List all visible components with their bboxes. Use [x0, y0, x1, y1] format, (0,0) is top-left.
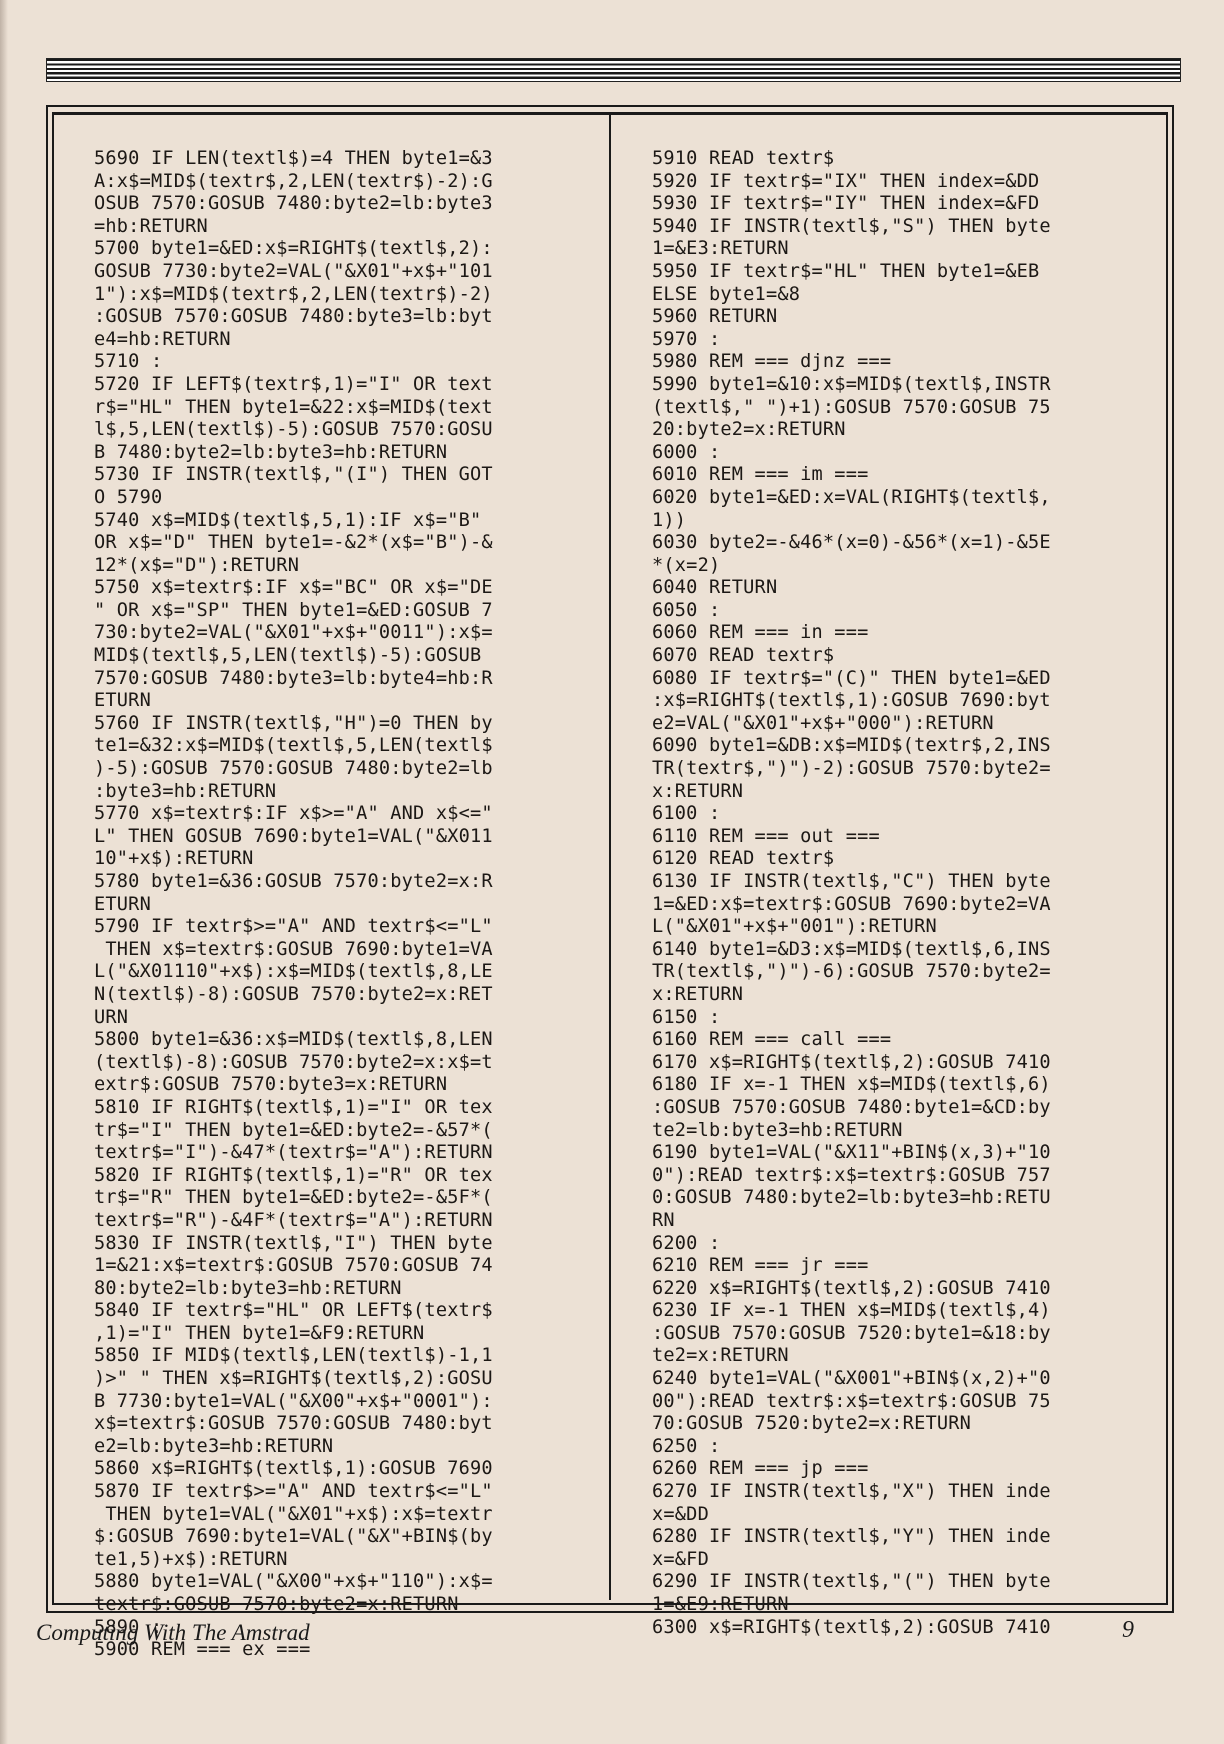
code-line: 6080 IF textr$="(C)" THEN byte1=&ED [652, 668, 1051, 691]
code-line: x:RETURN [652, 984, 1051, 1007]
code-line: 6060 REM === in === [652, 622, 1051, 645]
code-line: (textl$," ")+1):GOSUB 7570:GOSUB 75 [652, 397, 1051, 420]
code-line: 1=&ED:x$=textr$:GOSUB 7690:byte2=VA [652, 894, 1051, 917]
code-line: 5820 IF RIGHT$(textl$,1)="R" OR tex [94, 1165, 493, 1188]
code-line: 5940 IF INSTR(textl$,"S") THEN byte [652, 216, 1051, 239]
code-line: 5950 IF textr$="HL" THEN byte1=&EB [652, 261, 1051, 284]
code-line: 6070 READ textr$ [652, 645, 1051, 668]
code-line: GOSUB 7730:byte2=VAL("&X01"+x$+"101 [94, 261, 493, 284]
code-line: 5930 IF textr$="IY" THEN index=&FD [652, 193, 1051, 216]
code-line: 5800 byte1=&36:x$=MID$(textl$,8,LEN [94, 1029, 493, 1052]
code-line: *(x=2) [652, 555, 1051, 578]
code-line: L" THEN GOSUB 7690:byte1=VAL("&X011 [94, 826, 493, 849]
code-line: (textl$)-8):GOSUB 7570:byte2=x:x$=t [94, 1052, 493, 1075]
code-line: B 7480:byte2=lb:byte3=hb:RETURN [94, 442, 493, 465]
code-line: ETURN [94, 894, 493, 917]
code-line: 6190 byte1=VAL("&X11"+BIN$(x,3)+"10 [652, 1142, 1051, 1165]
code-line: 6130 IF INSTR(textl$,"C") THEN byte [652, 871, 1051, 894]
code-line: 5880 byte1=VAL("&X00"+x$+"110"):x$= [94, 1571, 493, 1594]
code-line: 6180 IF x=-1 THEN x$=MID$(textl$,6) [652, 1074, 1051, 1097]
code-line: 730:byte2=VAL("&X01"+x$+"0011"):x$= [94, 622, 493, 645]
code-line: 5810 IF RIGHT$(textl$,1)="I" OR tex [94, 1097, 493, 1120]
code-line: 6250 : [652, 1436, 1051, 1459]
code-line: 6140 byte1=&D3:x$=MID$(textl$,6,INS [652, 939, 1051, 962]
code-line: )>" " THEN x$=RIGHT$(textl$,2):GOSU [94, 1368, 493, 1391]
code-line: OSUB 7570:GOSUB 7480:byte2=lb:byte3 [94, 193, 493, 216]
code-line: ETURN [94, 690, 493, 713]
code-line: 6170 x$=RIGHT$(textl$,2):GOSUB 7410 [652, 1052, 1051, 1075]
column-divider [609, 114, 611, 1600]
code-line: 5920 IF textr$="IX" THEN index=&DD [652, 171, 1051, 194]
code-line: tr$="R" THEN byte1=&ED:byte2=-&5F*( [94, 1187, 493, 1210]
code-line: 00"):READ textr$:x$=textr$:GOSUB 75 [652, 1391, 1051, 1414]
code-line: B 7730:byte1=VAL("&X00"+x$+"0001"): [94, 1391, 493, 1414]
code-line: 6020 byte1=&ED:x=VAL(RIGHT$(textl$, [652, 487, 1051, 510]
code-line: O 5790 [94, 487, 493, 510]
code-listing-right-column: 5910 READ textr$5920 IF textr$="IX" THEN… [652, 148, 1051, 1639]
code-line: :GOSUB 7570:GOSUB 7480:byte3=lb:byt [94, 306, 493, 329]
code-line: e2=lb:byte3=hb:RETURN [94, 1436, 493, 1459]
code-line: 5730 IF INSTR(textl$,"(I") THEN GOT [94, 464, 493, 487]
code-line: x$=textr$:GOSUB 7570:GOSUB 7480:byt [94, 1413, 493, 1436]
code-line: 5910 READ textr$ [652, 148, 1051, 171]
code-line: A:x$=MID$(textr$,2,LEN(textr$)-2):G [94, 171, 493, 194]
code-line: " OR x$="SP" THEN byte1=&ED:GOSUB 7 [94, 600, 493, 623]
code-line: extr$:GOSUB 7570:byte3=x:RETURN [94, 1074, 493, 1097]
code-line: e2=VAL("&X01"+x$+"000"):RETURN [652, 713, 1051, 736]
code-line: 1=&E3:RETURN [652, 238, 1051, 261]
code-line: textr$:GOSUB 7570:byte2=x:RETURN [94, 1594, 493, 1617]
code-line: 5770 x$=textr$:IF x$>="A" AND x$<=" [94, 803, 493, 826]
code-line: te1=&32:x$=MID$(textl$,5,LEN(textl$ [94, 735, 493, 758]
code-line: 6230 IF x=-1 THEN x$=MID$(textl$,4) [652, 1300, 1051, 1323]
code-line: 6010 REM === im === [652, 464, 1051, 487]
code-line: MID$(textl$,5,LEN(textl$)-5):GOSUB [94, 645, 493, 668]
code-line: 5870 IF textr$>="A" AND textr$<="L" [94, 1481, 493, 1504]
code-line: 5720 IF LEFT$(textr$,1)="I" OR text [94, 374, 493, 397]
code-line: 80:byte2=lb:byte3=hb:RETURN [94, 1278, 493, 1301]
code-line: textr$="R")-&4F*(textr$="A"):RETURN [94, 1210, 493, 1233]
code-line: 5760 IF INSTR(textl$,"H")=0 THEN by [94, 713, 493, 736]
code-line: N(textl$)-8):GOSUB 7570:byte2=x:RET [94, 984, 493, 1007]
code-line: x:RETURN [652, 781, 1051, 804]
code-line: x=&FD [652, 1549, 1051, 1572]
code-line: 0"):READ textr$:x$=textr$:GOSUB 757 [652, 1165, 1051, 1188]
code-line: 6270 IF INSTR(textl$,"X") THEN inde [652, 1481, 1051, 1504]
code-line: 6240 byte1=VAL("&X001"+BIN$(x,2)+"0 [652, 1368, 1051, 1391]
code-line: 5990 byte1=&10:x$=MID$(textl$,INSTR [652, 374, 1051, 397]
code-line: 6260 REM === jp === [652, 1458, 1051, 1481]
code-line: 6220 x$=RIGHT$(textl$,2):GOSUB 7410 [652, 1278, 1051, 1301]
code-line: THEN x$=textr$:GOSUB 7690:byte1=VA [94, 939, 493, 962]
code-line: L("&X01110"+x$):x$=MID$(textl$,8,LE [94, 961, 493, 984]
code-line: :byte3=hb:RETURN [94, 781, 493, 804]
code-line: :x$=RIGHT$(textl$,1):GOSUB 7690:byt [652, 690, 1051, 713]
code-line: 1)) [652, 510, 1051, 533]
code-line: 1=&E9:RETURN [652, 1594, 1051, 1617]
code-line: e4=hb:RETURN [94, 329, 493, 352]
code-line: :GOSUB 7570:GOSUB 7520:byte1=&18:by [652, 1323, 1051, 1346]
code-line: 6040 RETURN [652, 577, 1051, 600]
code-line: 5840 IF textr$="HL" OR LEFT$(textr$ [94, 1300, 493, 1323]
code-line: 5740 x$=MID$(textl$,5,1):IF x$="B" [94, 510, 493, 533]
code-line: 6300 x$=RIGHT$(textl$,2):GOSUB 7410 [652, 1617, 1051, 1640]
code-line: 5850 IF MID$(textl$,LEN(textl$)-1,1 [94, 1345, 493, 1368]
code-line: 1=&21:x$=textr$:GOSUB 7570:GOSUB 74 [94, 1255, 493, 1278]
code-line: 5980 REM === djnz === [652, 351, 1051, 374]
page-number: 9 [1122, 1617, 1134, 1644]
code-line: 6150 : [652, 1007, 1051, 1030]
code-line: 6110 REM === out === [652, 826, 1051, 849]
code-line: te2=lb:byte3=hb:RETURN [652, 1120, 1051, 1143]
code-line: 6200 : [652, 1233, 1051, 1256]
code-line: 6100 : [652, 803, 1051, 826]
code-line: 10"+x$):RETURN [94, 848, 493, 871]
code-line: l$,5,LEN(textl$)-5):GOSUB 7570:GOSU [94, 419, 493, 442]
code-line: 5790 IF textr$>="A" AND textr$<="L" [94, 916, 493, 939]
code-line: 5970 : [652, 329, 1051, 352]
code-line: 5860 x$=RIGHT$(textl$,1):GOSUB 7690 [94, 1458, 493, 1481]
code-line: 6050 : [652, 600, 1051, 623]
code-line: 12*(x$="D"):RETURN [94, 555, 493, 578]
code-line: 6090 byte1=&DB:x$=MID$(textr$,2,INS [652, 735, 1051, 758]
code-line: 0:GOSUB 7480:byte2=lb:byte3=hb:RETU [652, 1187, 1051, 1210]
code-line: )-5):GOSUB 7570:GOSUB 7480:byte2=lb [94, 758, 493, 781]
page-binding-shadow [0, 0, 8, 1744]
code-line: URN [94, 1007, 493, 1030]
code-line: 5700 byte1=&ED:x$=RIGHT$(textl$,2): [94, 238, 493, 261]
code-line: 5830 IF INSTR(textl$,"I") THEN byte [94, 1233, 493, 1256]
code-line: r$="HL" THEN byte1=&22:x$=MID$(text [94, 397, 493, 420]
code-line: te2=x:RETURN [652, 1345, 1051, 1368]
code-line: textr$="I")-&47*(textr$="A"):RETURN [94, 1142, 493, 1165]
code-line: 6160 REM === call === [652, 1029, 1051, 1052]
code-line: =hb:RETURN [94, 216, 493, 239]
code-line: tr$="I" THEN byte1=&ED:byte2=-&57*( [94, 1120, 493, 1143]
code-line: L("&X01"+x$+"001"):RETURN [652, 916, 1051, 939]
code-line: 6030 byte2=-&46*(x=0)-&56*(x=1)-&5E [652, 532, 1051, 555]
code-line: x=&DD [652, 1504, 1051, 1527]
code-line: RN [652, 1210, 1051, 1233]
code-line: te1,5)+x$):RETURN [94, 1549, 493, 1572]
code-line: 5690 IF LEN(textl$)=4 THEN byte1=&3 [94, 148, 493, 171]
code-listing-left-column: 5690 IF LEN(textl$)=4 THEN byte1=&3A:x$=… [94, 148, 493, 1662]
code-line: 5750 x$=textr$:IF x$="BC" OR x$="DE [94, 577, 493, 600]
code-line: :GOSUB 7570:GOSUB 7480:byte1=&CD:by [652, 1097, 1051, 1120]
code-line: ELSE byte1=&8 [652, 284, 1051, 307]
code-line: 5710 : [94, 351, 493, 374]
code-line: 6120 READ textr$ [652, 848, 1051, 871]
code-line: THEN byte1=VAL("&X01"+x$):x$=textr [94, 1504, 493, 1527]
code-line: 7570:GOSUB 7480:byte3=lb:byte4=hb:R [94, 668, 493, 691]
publication-title: Computing With The Amstrad [36, 1620, 310, 1646]
code-line: 5780 byte1=&36:GOSUB 7570:byte2=x:R [94, 871, 493, 894]
code-line: 6000 : [652, 442, 1051, 465]
code-line: 5960 RETURN [652, 306, 1051, 329]
code-line: TR(textr$,")")-2):GOSUB 7570:byte2= [652, 758, 1051, 781]
code-line: ,1)="I" THEN byte1=&F9:RETURN [94, 1323, 493, 1346]
code-line: 6290 IF INSTR(textl$,"(") THEN byte [652, 1571, 1051, 1594]
code-line: 1"):x$=MID$(textr$,2,LEN(textr$)-2) [94, 284, 493, 307]
code-line: 20:byte2=x:RETURN [652, 419, 1051, 442]
code-line: 6210 REM === jr === [652, 1255, 1051, 1278]
code-line: 6280 IF INSTR(textl$,"Y") THEN inde [652, 1526, 1051, 1549]
decorative-header-stripes [46, 58, 1181, 82]
code-line: OR x$="D" THEN byte1=-&2*(x$="B")-& [94, 532, 493, 555]
code-line: 70:GOSUB 7520:byte2=x:RETURN [652, 1413, 1051, 1436]
code-line: TR(textl$,")")-6):GOSUB 7570:byte2= [652, 961, 1051, 984]
code-line: $:GOSUB 7690:byte1=VAL("&X"+BIN$(by [94, 1526, 493, 1549]
